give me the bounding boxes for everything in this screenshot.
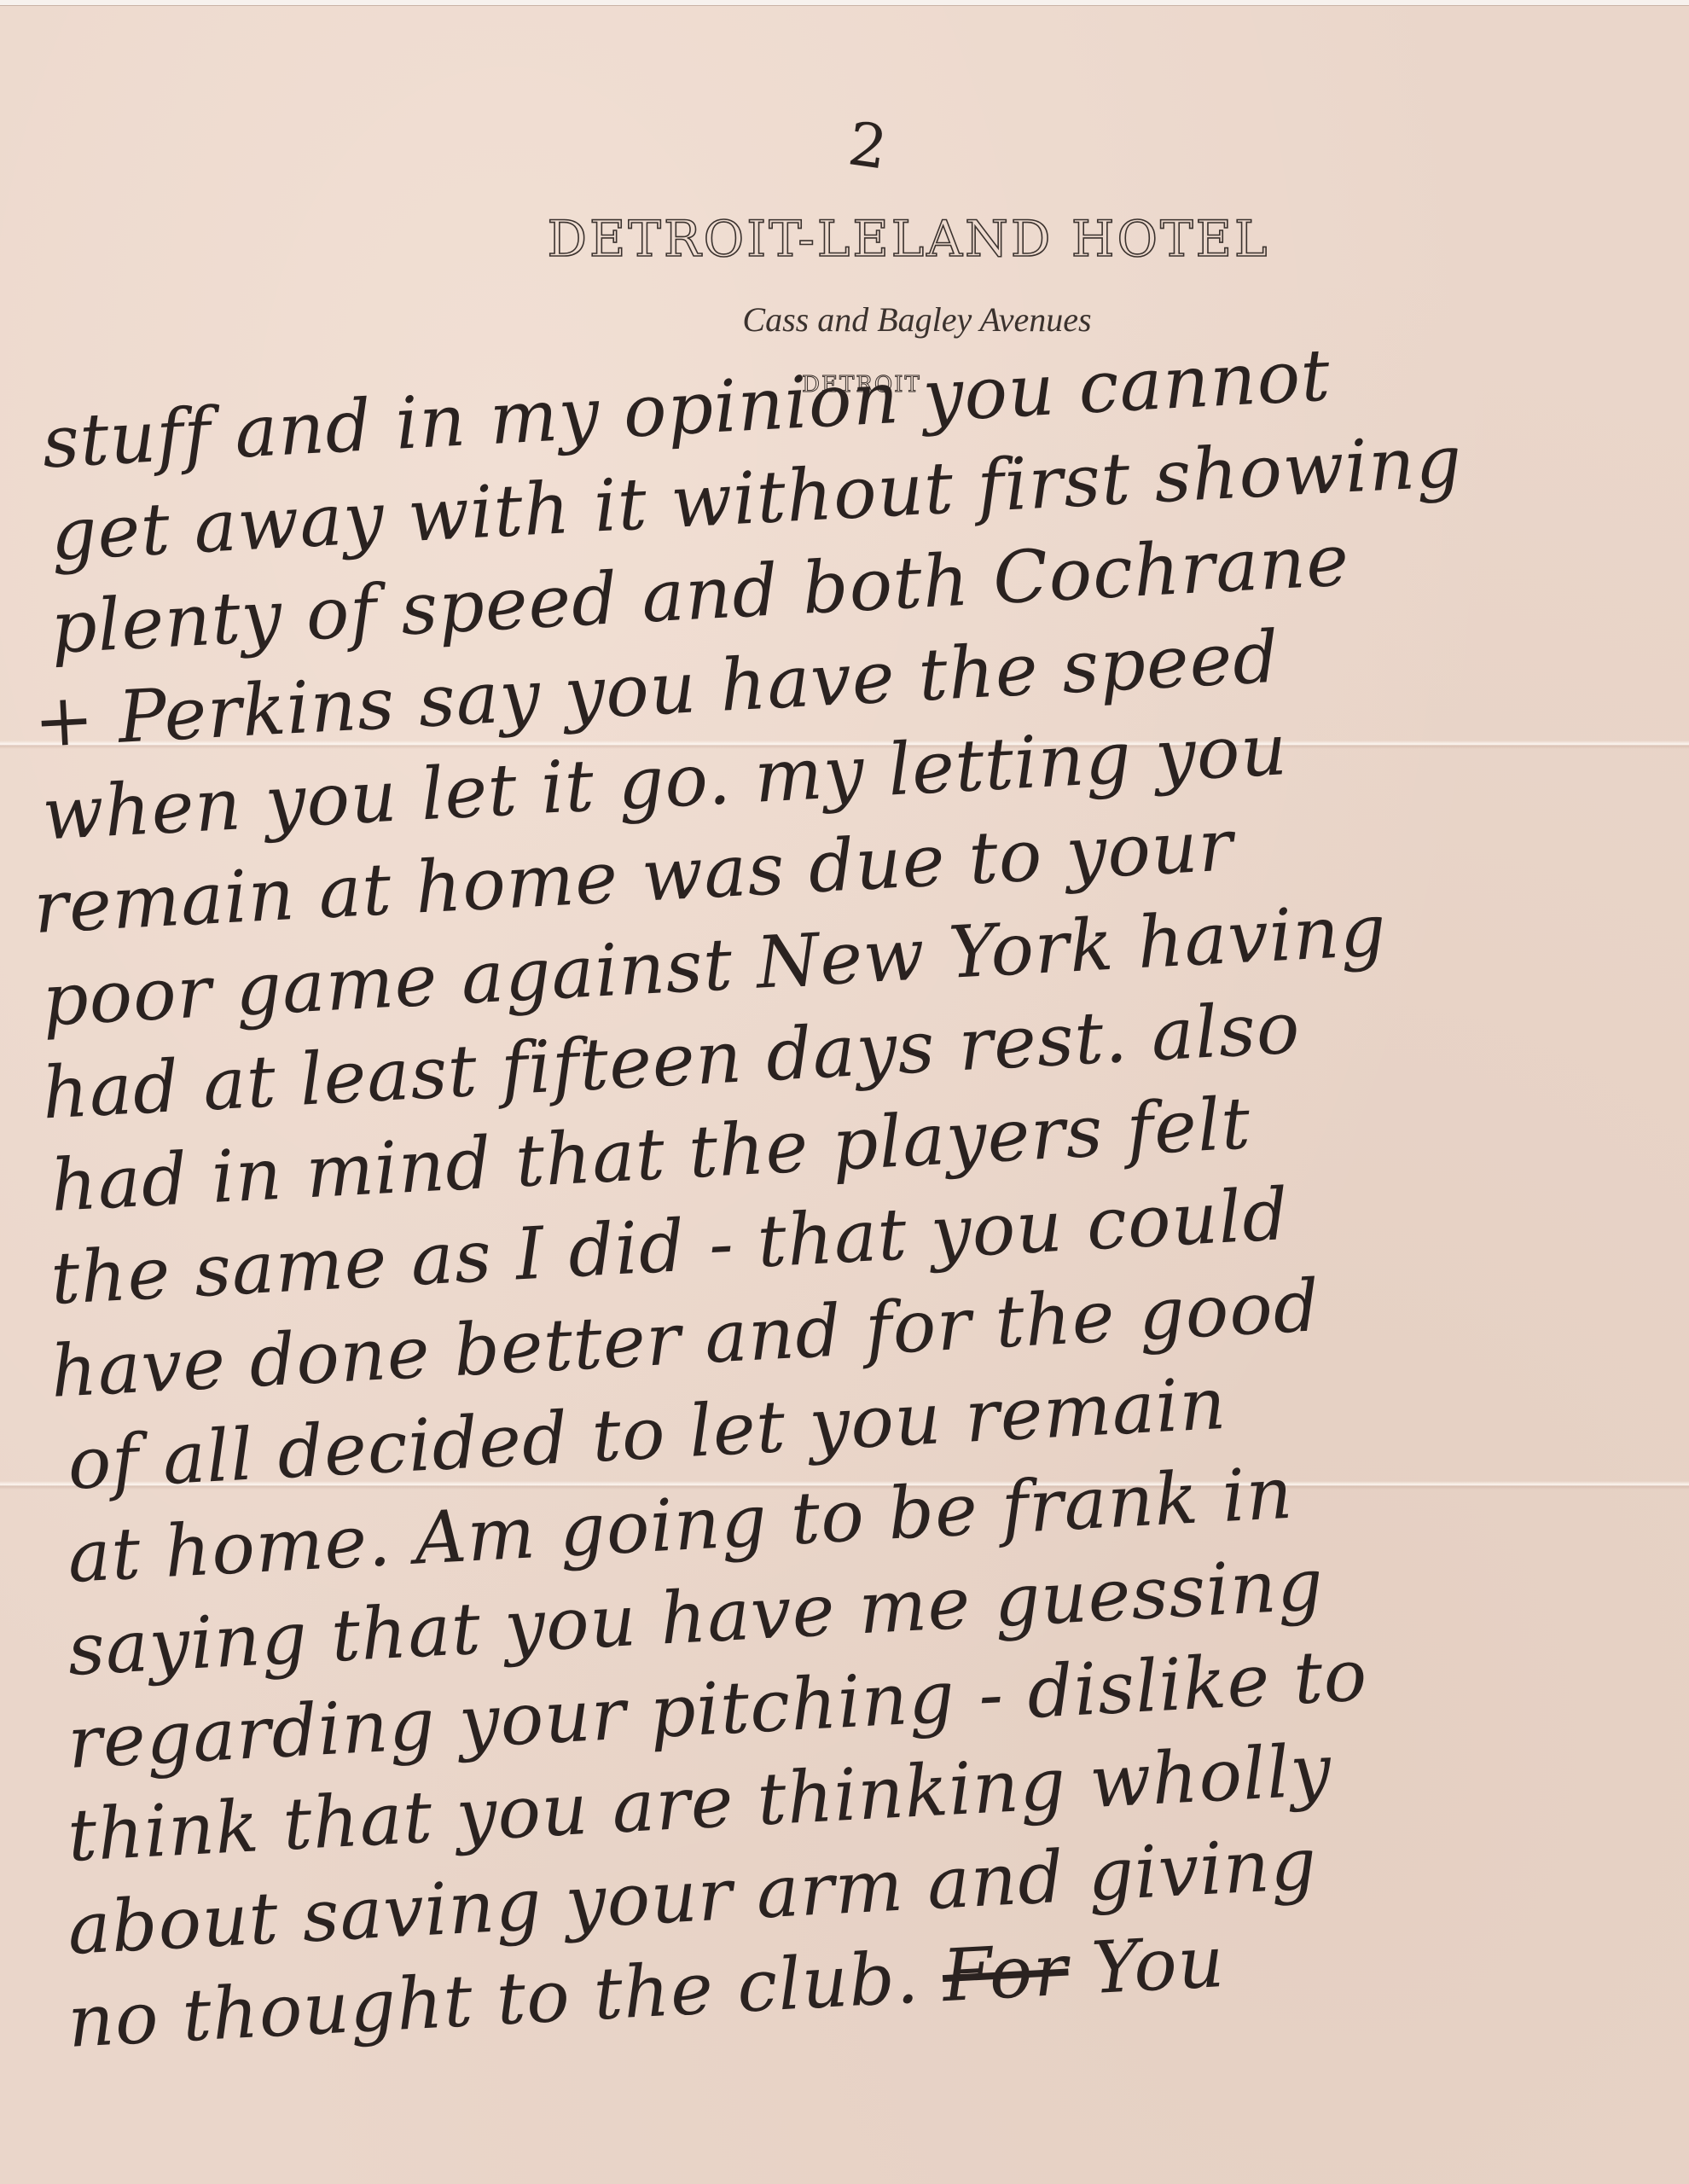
hotel-name: DETROIT-LELAND HOTEL bbox=[128, 209, 1689, 269]
paper-top-edge bbox=[0, 0, 1689, 6]
struck-out-word: For bbox=[940, 1928, 1070, 2018]
letter-page: 2 DETROIT-LELAND HOTEL Cass and Bagley A… bbox=[0, 0, 1689, 2184]
handwritten-body: stuff and in my opinion you cannot get a… bbox=[34, 401, 1655, 2075]
page-number: 2 bbox=[844, 108, 892, 183]
handwritten-text: You bbox=[1089, 1920, 1227, 2010]
